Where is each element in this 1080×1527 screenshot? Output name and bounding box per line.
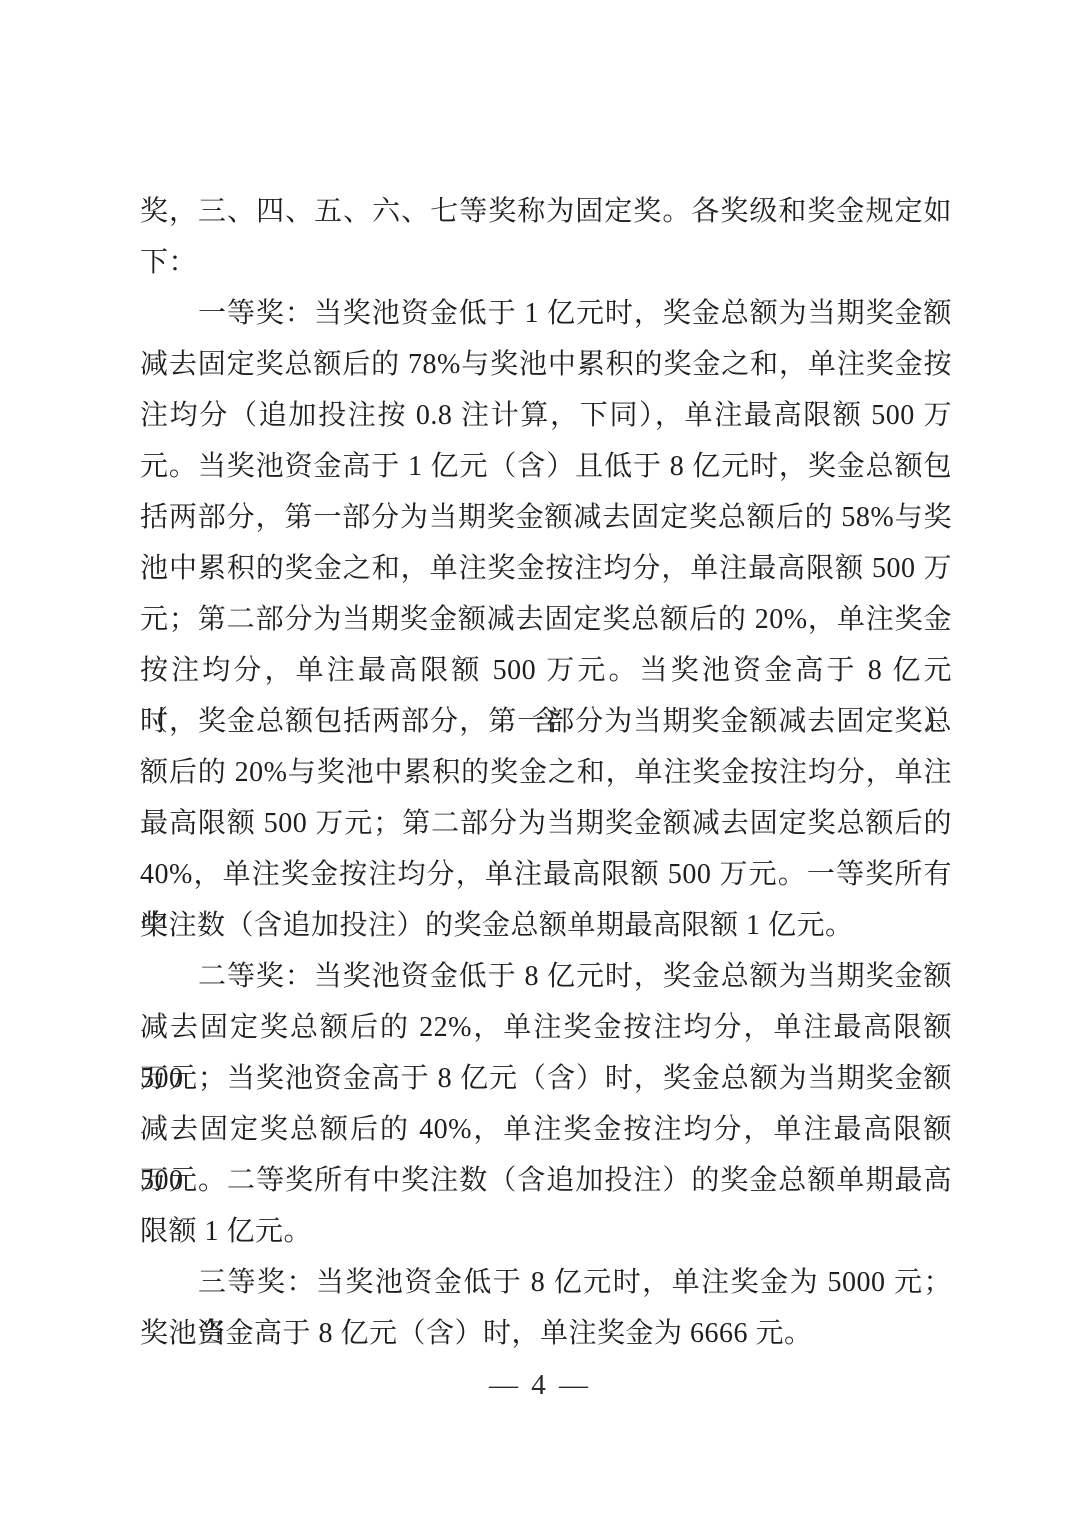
text-line: 元。当奖池资金高于 1 亿元（含）且低于 8 亿元时，奖金总额包 (140, 441, 952, 492)
text-line: 括两部分，第一部分为当期奖金额减去固定奖总额后的 58%与奖 (140, 492, 952, 543)
text-line: 池中累积的奖金之和，单注奖金按注均分，单注最高限额 500 万 (140, 543, 952, 594)
text-line: 一等奖：当奖池资金低于 1 亿元时，奖金总额为当期奖金额 (140, 288, 952, 339)
text-line: 按注均分，单注最高限额 500 万元。当奖池资金高于 8 亿元（含） (140, 645, 952, 696)
text-line: 二等奖：当奖池资金低于 8 亿元时，奖金总额为当期奖金额 (140, 951, 952, 1002)
document-page: 奖，三、四、五、六、七等奖称为固定奖。各奖级和奖金规定如下：一等奖：当奖池资金低… (0, 0, 1080, 1527)
text-line: 三等奖：当奖池资金低于 8 亿元时，单注奖金为 5000 元；当 (140, 1257, 952, 1308)
text-line: 减去固定奖总额后的 78%与奖池中累积的奖金之和，单注奖金按 (140, 339, 952, 390)
text-line: 减去固定奖总额后的 40%，单注奖金按注均分，单注最高限额 500 (140, 1104, 952, 1155)
text-line: 注均分（追加投注按 0.8 注计算，下同），单注最高限额 500 万 (140, 390, 952, 441)
text-line: 奖池资金高于 8 亿元（含）时，单注奖金为 6666 元。 (140, 1308, 952, 1359)
text-line: 最高限额 500 万元；第二部分为当期奖金额减去固定奖总额后的 (140, 798, 952, 849)
text-line: 时，奖金总额包括两部分，第一部分为当期奖金额减去固定奖总 (140, 696, 952, 747)
text-line: 元；第二部分为当期奖金额减去固定奖总额后的 20%，单注奖金 (140, 594, 952, 645)
text-line: 奖，三、四、五、六、七等奖称为固定奖。各奖级和奖金规定如 (140, 186, 952, 237)
text-line: 下： (140, 237, 952, 288)
page-number: — 4 — (0, 1368, 1080, 1402)
text-line: 额后的 20%与奖池中累积的奖金之和，单注奖金按注均分，单注 (140, 747, 952, 798)
text-line: 万元；当奖池资金高于 8 亿元（含）时，奖金总额为当期奖金额 (140, 1053, 952, 1104)
text-line: 40%，单注奖金按注均分，单注最高限额 500 万元。一等奖所有中 (140, 849, 952, 900)
text-column: 奖，三、四、五、六、七等奖称为固定奖。各奖级和奖金规定如下：一等奖：当奖池资金低… (140, 186, 952, 1359)
text-line: 限额 1 亿元。 (140, 1206, 952, 1257)
text-line: 万元。二等奖所有中奖注数（含追加投注）的奖金总额单期最高 (140, 1155, 952, 1206)
text-line: 奖注数（含追加投注）的奖金总额单期最高限额 1 亿元。 (140, 900, 952, 951)
text-line: 减去固定奖总额后的 22%，单注奖金按注均分，单注最高限额 500 (140, 1002, 952, 1053)
